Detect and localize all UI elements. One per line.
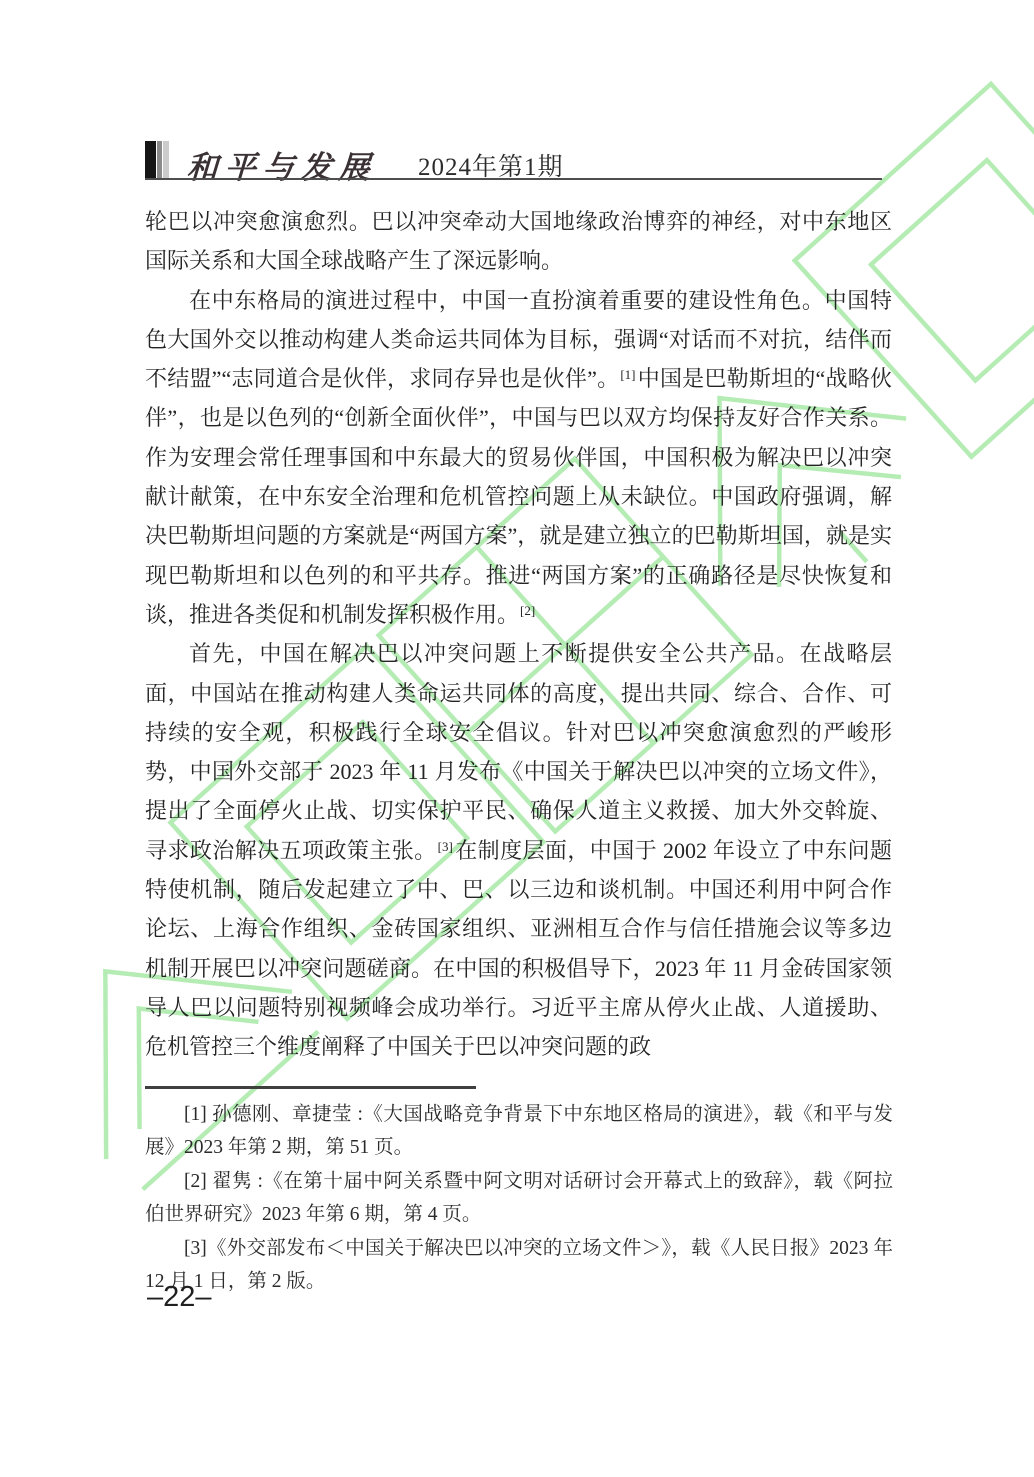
footnote-ref: [3] <box>437 839 455 854</box>
text-run: 首先，中国在解决巴以冲突问题上不断提供安全公共产品。在战略层面，中国站在推动构建… <box>145 641 892 862</box>
journal-title: 和平与发展 <box>186 142 378 187</box>
footnote-ref: [2] <box>519 603 537 618</box>
text-run: 在制度层面，中国于 2002 年设立了中东问题特使机制，随后发起建立了中、巴、以… <box>145 838 892 1059</box>
text-run: 中国是巴勒斯坦的“战略伙伴”，也是以色列的“创新全面伙伴”，中国与巴以双方均保持… <box>145 366 892 627</box>
footnote: [1] 孙德刚、章捷莹 :《大国战略竞争背景下中东地区格局的演进》，载《和平与发… <box>145 1098 893 1165</box>
header-rule <box>145 178 882 180</box>
footnote: [2] 翟隽 :《在第十届中阿关系暨中阿文明对话研讨会开幕式上的致辞》，载《阿拉… <box>145 1165 893 1232</box>
footnote: [3]《外交部发布＜中国关于解决巴以冲突的立场文件＞》，载《人民日报》2023 … <box>145 1232 893 1299</box>
paragraph: 首先，中国在解决巴以冲突问题上不断提供安全公共产品。在战略层面，中国站在推动构建… <box>145 634 892 1066</box>
text-run: 轮巴以冲突愈演愈烈。巴以冲突牵动大国地缘政治博弈的神经，对中东地区国际关系和大国… <box>145 209 892 273</box>
journal-page: 和平与发展 2024年第1期 轮巴以冲突愈演愈烈。巴以冲突牵动大国地缘政治博弈的… <box>0 0 1034 1477</box>
paragraph: 轮巴以冲突愈演愈烈。巴以冲突牵动大国地缘政治博弈的神经，对中东地区国际关系和大国… <box>145 202 892 281</box>
body-text: 轮巴以冲突愈演愈烈。巴以冲突牵动大国地缘政治博弈的神经，对中东地区国际关系和大国… <box>145 202 892 1067</box>
header-accent-bar-light <box>163 141 169 180</box>
header-accent-bar-gray <box>157 141 162 180</box>
footnote-ref: [1] <box>619 367 637 382</box>
page-number: –22– <box>147 1281 212 1314</box>
header-accent-bar-black <box>145 141 156 180</box>
paragraph: 在中东格局的演进过程中，中国一直扮演着重要的建设性角色。中国特色大国外交以推动构… <box>145 281 892 635</box>
footnote-separator <box>145 1086 476 1089</box>
footnotes: [1] 孙德刚、章捷莹 :《大国战略竞争背景下中东地区格局的演进》，载《和平与发… <box>145 1098 893 1298</box>
